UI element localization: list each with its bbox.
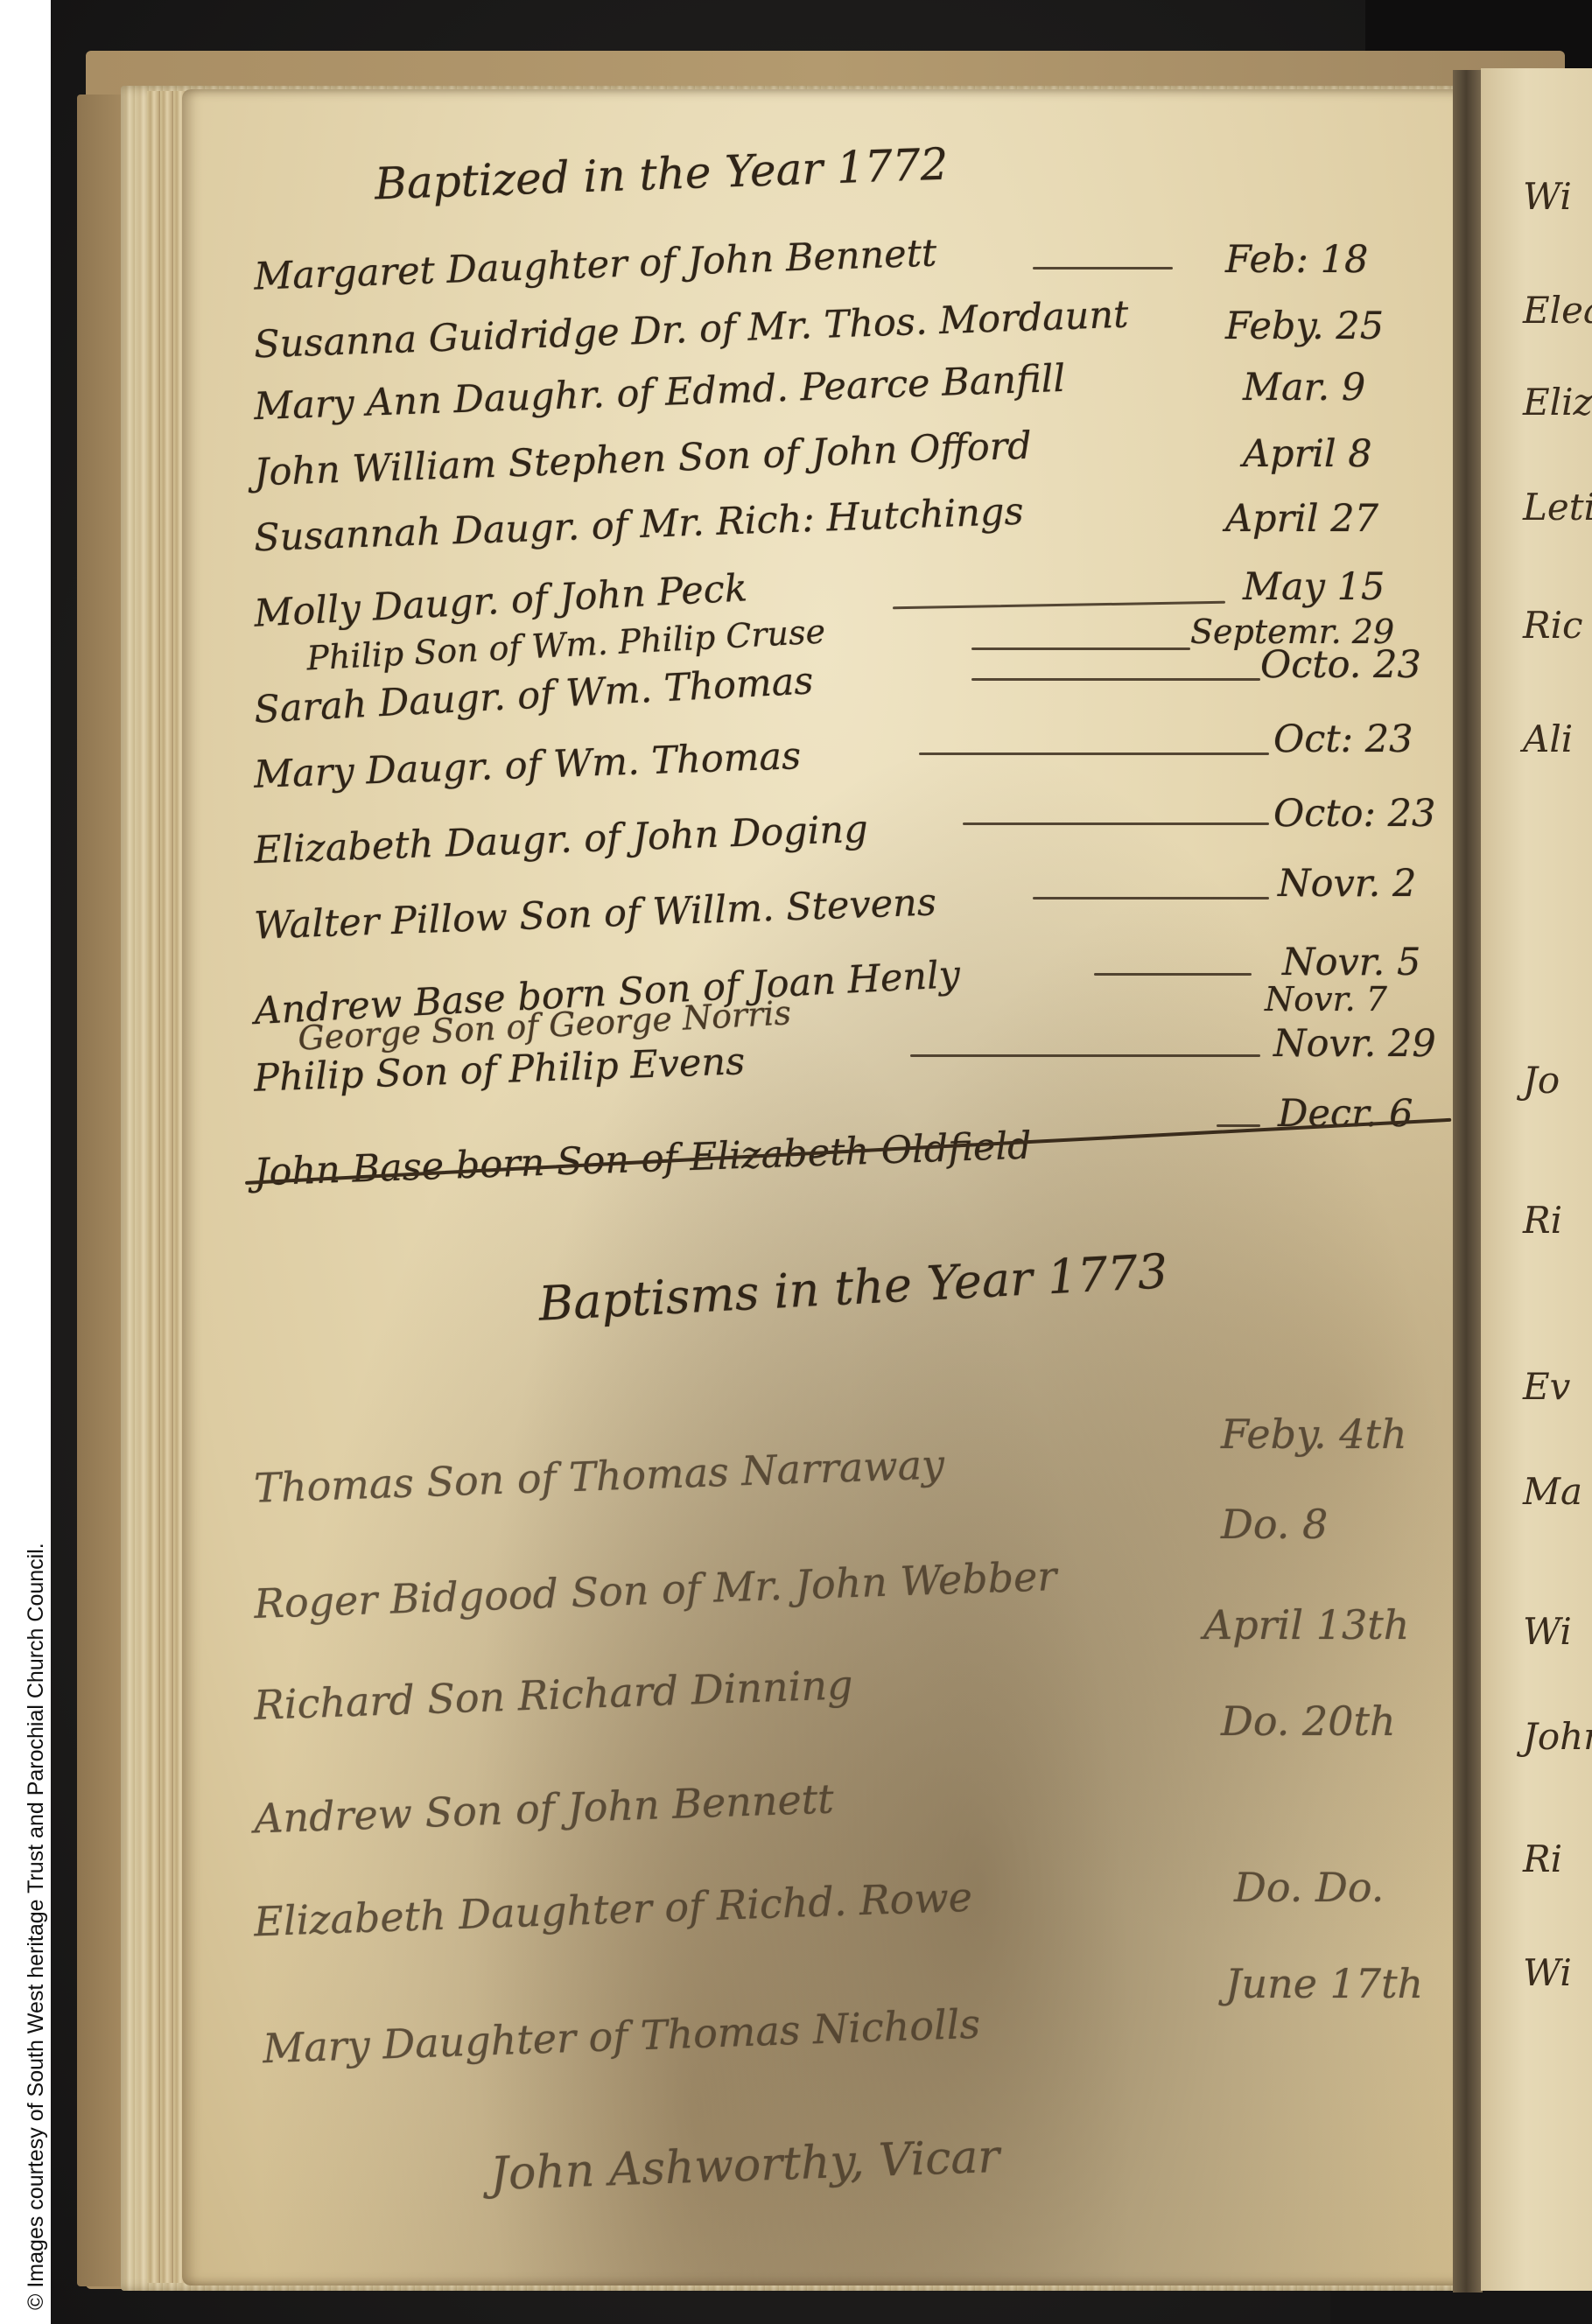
entry-rule [971, 647, 1190, 650]
entry-rule [919, 752, 1269, 755]
copyright-credit: © Images courtesy of South West heritage… [25, 1543, 47, 2310]
facing-page-fragment: Jo [1523, 1059, 1560, 1102]
entry-date: Feb: 18 [1225, 238, 1368, 282]
entry-rule [963, 822, 1269, 825]
entry-rule [1094, 973, 1252, 976]
entry-date: Do. Do. [1234, 1864, 1384, 1911]
background-shadow-bottom [1330, 2288, 1592, 2324]
entry-rule [971, 678, 1260, 681]
facing-page-fragment: John [1523, 1715, 1592, 1758]
facing-page-fragment: Eliza [1523, 381, 1592, 423]
facing-page-fragment: Leti [1523, 486, 1592, 528]
entry-date: Octo. 23 [1260, 643, 1421, 687]
entry-date: June 17th [1225, 1960, 1423, 2007]
entry-date: April 8 [1243, 432, 1372, 476]
entry-rule [1033, 897, 1269, 899]
facing-page-fragment: Elea [1523, 289, 1592, 332]
entry-date: Octo: 23 [1273, 792, 1435, 836]
facing-page-fragment: Ma [1523, 1470, 1582, 1513]
entry-date: Feby. 4th [1221, 1410, 1407, 1458]
entry-rule [910, 1054, 1260, 1057]
facing-page-fragment: Wi [1523, 1951, 1572, 1994]
entry-date: Oct: 23 [1273, 717, 1413, 761]
entry-rule [1217, 1124, 1260, 1127]
entry-date: Novr. 5 [1282, 941, 1420, 984]
credit-strip: © Images courtesy of South West heritage… [0, 0, 51, 2324]
entry-date: Mar. 9 [1243, 366, 1365, 409]
facing-page-fragment: Ri [1523, 1199, 1562, 1242]
entry-date: Feby. 25 [1225, 304, 1384, 348]
entry-date: Novr. 2 [1278, 862, 1416, 906]
facing-page-fragment: Wi [1523, 175, 1572, 218]
facing-page-fragment: Ali [1523, 717, 1573, 760]
facing-page-fragment: Wi [1523, 1610, 1572, 1653]
book-gutter [1453, 70, 1483, 2292]
entry-date: Do. 20th [1221, 1697, 1396, 1745]
entry-date: Novr. 7 [1265, 980, 1387, 1018]
facing-page-fragment: Ev [1523, 1365, 1570, 1408]
entry-rule [1033, 267, 1173, 269]
facing-page-fragment: Ri [1523, 1837, 1562, 1880]
entry-date: Novr. 29 [1273, 1022, 1436, 1066]
entry-date: April 27 [1225, 497, 1378, 541]
facing-page-fragment: Ric [1523, 604, 1583, 647]
entry-date: April 13th [1203, 1601, 1409, 1648]
entry-date: May 15 [1243, 565, 1385, 609]
entry-date: Do. 8 [1221, 1501, 1328, 1548]
